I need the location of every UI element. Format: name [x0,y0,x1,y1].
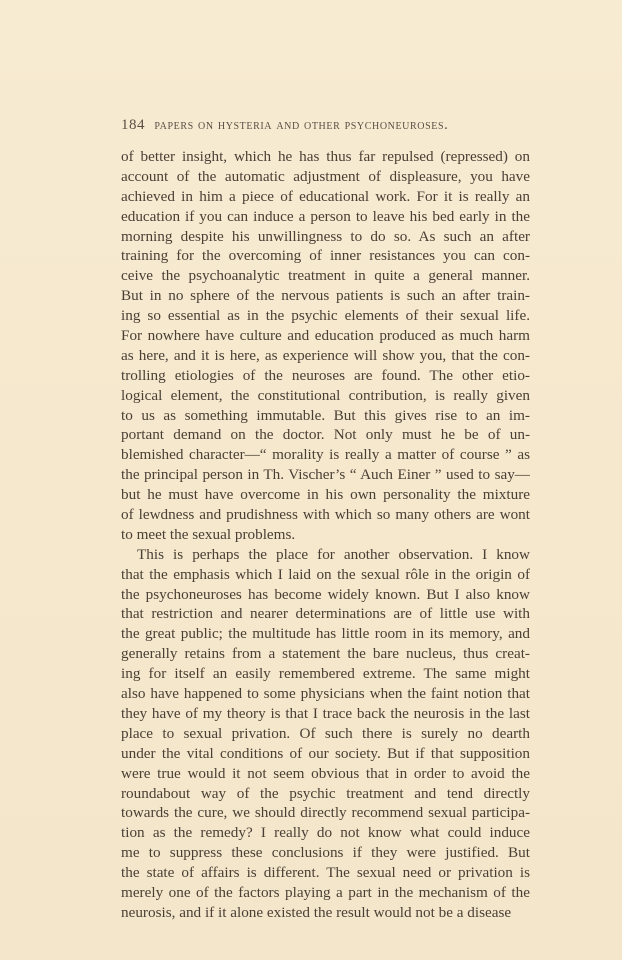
text-line: to meet the sexual problems. [121,525,530,545]
text-line: tion as the remedy? I really do not know… [121,823,530,843]
text-line: as here, and it is here, as experience w… [121,346,530,366]
text-line: account of the automatic adjustment of d… [121,167,530,187]
text-line: neurosis, and if it alone existed the re… [121,903,530,923]
text-line: they have of my theory is that I trace b… [121,704,530,724]
text-line: But in no sphere of the nervous patients… [121,286,530,306]
book-page: 184 PAPERS ON HYSTERIA AND OTHER PSYCHON… [0,0,622,960]
text-line: the principal person in Th. Vischer’s “ … [121,465,530,485]
text-line: For nowhere have culture and education p… [121,326,530,346]
text-line: logical element, the constitutional cont… [121,386,530,406]
body-text: of better insight, which he has thus far… [121,147,530,923]
text-line: the state of affairs is different. The s… [121,863,530,883]
text-line: achieved in him a piece of educational w… [121,187,530,207]
text-line: This is perhaps the place for another ob… [121,545,530,565]
text-line: were true would it not seem obvious that… [121,764,530,784]
page-number: 184 [121,117,145,133]
text-line: morning despite his unwillingness to do … [121,227,530,247]
text-line: ing for itself an easily remembered extr… [121,664,530,684]
text-line: generally retains from a statement the b… [121,644,530,664]
text-line: under the vital conditions of our societ… [121,744,530,764]
text-line: towards the cure, we should directly rec… [121,803,530,823]
text-line: portant demand on the doctor. Not only m… [121,425,530,445]
text-line: of lewdness and prudishness with which s… [121,505,530,525]
text-line: that restriction and nearer determinatio… [121,604,530,624]
paragraph-1: of better insight, which he has thus far… [121,147,530,545]
text-line: ceive the psychoanalytic treatment in qu… [121,266,530,286]
text-line: ing so essential as in the psychic eleme… [121,306,530,326]
text-line: trolling etiologies of the neuroses are … [121,366,530,386]
text-line: the psychoneuroses has become widely kno… [121,585,530,605]
text-line: that the emphasis which I laid on the se… [121,565,530,585]
text-line: also have happened to some physicians wh… [121,684,530,704]
text-line: blemished character—“ morality is really… [121,445,530,465]
text-line: roundabout way of the psychic treatment … [121,784,530,804]
text-line: but he must have overcome in his own per… [121,485,530,505]
text-line: education if you can induce a person to … [121,207,530,227]
text-line: the great public; the multitude has litt… [121,624,530,644]
text-line: to us as something immutable. But this g… [121,406,530,426]
running-head: 184 PAPERS ON HYSTERIA AND OTHER PSYCHON… [121,117,521,134]
text-line: me to suppress these conclusions if they… [121,843,530,863]
paragraph-2: This is perhaps the place for another ob… [121,545,530,923]
text-line: of better insight, which he has thus far… [121,147,530,167]
text-line: training for the overcoming of inner res… [121,246,530,266]
running-head-title: PAPERS ON HYSTERIA AND OTHER PSYCHONEURO… [154,117,448,133]
text-line: merely one of the factors playing a part… [121,883,530,903]
text-line: place to sexual privation. Of such there… [121,724,530,744]
